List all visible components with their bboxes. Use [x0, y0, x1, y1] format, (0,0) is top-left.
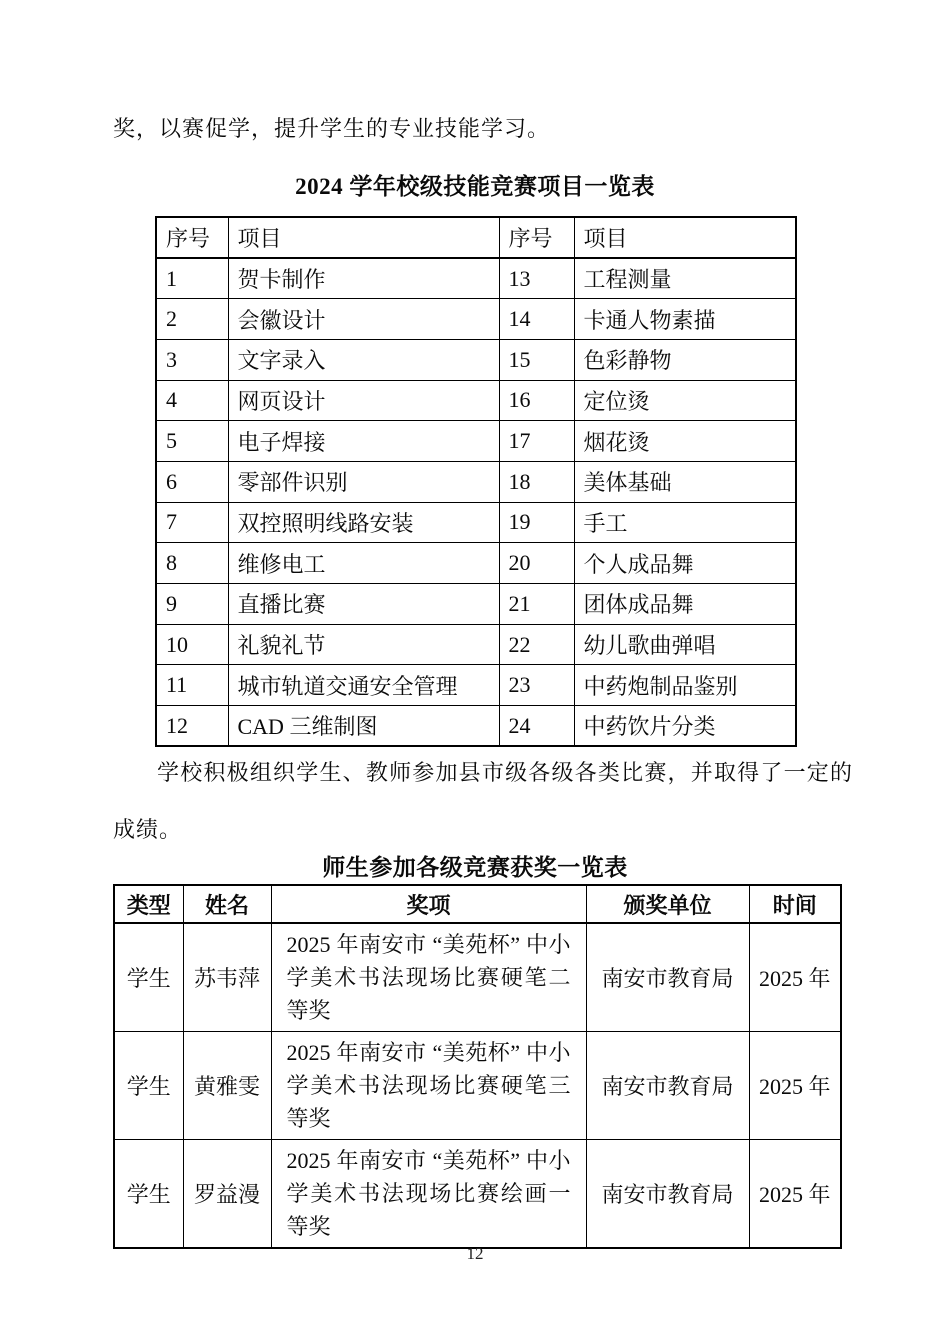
cell-type: 学生: [114, 923, 183, 1032]
cell-seq: 12: [156, 706, 228, 747]
cell-item: 手工: [574, 502, 796, 543]
cell-item: 贺卡制作: [228, 258, 499, 299]
awards-table-header-row: 类型 姓名 奖项 颁奖单位 时间: [114, 885, 841, 923]
cell-item: 中药饮片分类: [574, 706, 796, 747]
cell-type: 学生: [114, 1140, 183, 1249]
cell-seq: 1: [156, 258, 228, 299]
table-row: 学生黄雅雯2025 年南安市 “美苑杯” 中小学美术书法现场比赛硬笔三等奖南安市…: [114, 1032, 841, 1140]
column-header-seq-left: 序号: [156, 217, 228, 258]
cell-issuer: 南安市教育局: [586, 1140, 749, 1249]
table-row: 12CAD 三维制图24中药饮片分类: [156, 706, 796, 747]
cell-seq: 4: [156, 380, 228, 421]
cell-time: 2025 年: [749, 1032, 841, 1140]
table-row: 7双控照明线路安装19手工: [156, 502, 796, 543]
table-row: 4网页设计16定位烫: [156, 380, 796, 421]
cell-seq: 5: [156, 421, 228, 462]
cell-seq: 23: [499, 665, 574, 706]
awards-table: 类型 姓名 奖项 颁奖单位 时间 学生苏韦萍2025 年南安市 “美苑杯” 中小…: [113, 884, 842, 1249]
cell-seq: 3: [156, 339, 228, 380]
cell-item: 礼貌礼节: [228, 624, 499, 665]
cell-item: 定位烫: [574, 380, 796, 421]
cell-item: 会徽设计: [228, 299, 499, 340]
cell-item: 文字录入: [228, 339, 499, 380]
intro-paragraph: 奖，以赛促学，提升学生的专业技能学习。: [113, 112, 853, 146]
cell-item: 网页设计: [228, 380, 499, 421]
cell-seq: 16: [499, 380, 574, 421]
table-row: 2会徽设计14卡通人物素描: [156, 299, 796, 340]
column-header-item-right: 项目: [574, 217, 796, 258]
cell-seq: 18: [499, 461, 574, 502]
document-page: 奖，以赛促学，提升学生的专业技能学习。 2024 学年校级技能竞赛项目一览表 序…: [0, 0, 950, 1343]
cell-item: CAD 三维制图: [228, 706, 499, 747]
cell-seq: 17: [499, 421, 574, 462]
cell-seq: 7: [156, 502, 228, 543]
cell-time: 2025 年: [749, 923, 841, 1032]
table-row: 1贺卡制作13工程测量: [156, 258, 796, 299]
table-row: 5电子焊接17烟花烫: [156, 421, 796, 462]
competition-table-body: 1贺卡制作13工程测量2会徽设计14卡通人物素描3文字录入15色彩静物4网页设计…: [156, 258, 796, 746]
cell-item: 工程测量: [574, 258, 796, 299]
cell-item: 电子焊接: [228, 421, 499, 462]
column-header-item-left: 项目: [228, 217, 499, 258]
cell-item: 城市轨道交通安全管理: [228, 665, 499, 706]
cell-item: 个人成品舞: [574, 543, 796, 584]
page-number: 12: [0, 1244, 950, 1264]
competition-table: 序号 项目 序号 项目 1贺卡制作13工程测量2会徽设计14卡通人物素描3文字录…: [155, 216, 797, 747]
cell-issuer: 南安市教育局: [586, 923, 749, 1032]
cell-item: 零部件识别: [228, 461, 499, 502]
middle-paragraph: 学校积极组织学生、教师参加县市级各级各类比赛，并取得了一定的成绩。: [113, 744, 853, 858]
cell-item: 直播比赛: [228, 584, 499, 625]
cell-item: 维修电工: [228, 543, 499, 584]
cell-seq: 8: [156, 543, 228, 584]
cell-item: 中药炮制品鉴别: [574, 665, 796, 706]
table-row: 学生苏韦萍2025 年南安市 “美苑杯” 中小学美术书法现场比赛硬笔二等奖南安市…: [114, 923, 841, 1032]
cell-name: 黄雅雯: [183, 1032, 271, 1140]
cell-type: 学生: [114, 1032, 183, 1140]
cell-seq: 19: [499, 502, 574, 543]
column-header-issuer: 颁奖单位: [586, 885, 749, 923]
cell-time: 2025 年: [749, 1140, 841, 1249]
cell-seq: 15: [499, 339, 574, 380]
awards-table-title: 师生参加各级竞赛获奖一览表: [0, 849, 950, 882]
cell-award: 2025 年南安市 “美苑杯” 中小学美术书法现场比赛绘画一等奖: [271, 1140, 586, 1249]
column-header-time: 时间: [749, 885, 841, 923]
table-row: 8维修电工20个人成品舞: [156, 543, 796, 584]
cell-seq: 9: [156, 584, 228, 625]
cell-item: 卡通人物素描: [574, 299, 796, 340]
cell-seq: 2: [156, 299, 228, 340]
cell-seq: 11: [156, 665, 228, 706]
cell-award: 2025 年南安市 “美苑杯” 中小学美术书法现场比赛硬笔三等奖: [271, 1032, 586, 1140]
column-header-name: 姓名: [183, 885, 271, 923]
cell-seq: 13: [499, 258, 574, 299]
column-header-award: 奖项: [271, 885, 586, 923]
cell-seq: 20: [499, 543, 574, 584]
cell-item: 色彩静物: [574, 339, 796, 380]
awards-table-body: 学生苏韦萍2025 年南安市 “美苑杯” 中小学美术书法现场比赛硬笔二等奖南安市…: [114, 923, 841, 1248]
table-row: 学生罗益漫2025 年南安市 “美苑杯” 中小学美术书法现场比赛绘画一等奖南安市…: [114, 1140, 841, 1249]
column-header-seq-right: 序号: [499, 217, 574, 258]
cell-name: 苏韦萍: [183, 923, 271, 1032]
cell-seq: 22: [499, 624, 574, 665]
cell-item: 幼儿歌曲弹唱: [574, 624, 796, 665]
cell-item: 双控照明线路安装: [228, 502, 499, 543]
cell-seq: 24: [499, 706, 574, 747]
cell-award: 2025 年南安市 “美苑杯” 中小学美术书法现场比赛硬笔二等奖: [271, 923, 586, 1032]
competition-table-title: 2024 学年校级技能竞赛项目一览表: [0, 168, 950, 201]
cell-seq: 21: [499, 584, 574, 625]
cell-item: 烟花烫: [574, 421, 796, 462]
table-row: 11城市轨道交通安全管理23中药炮制品鉴别: [156, 665, 796, 706]
cell-seq: 10: [156, 624, 228, 665]
cell-issuer: 南安市教育局: [586, 1032, 749, 1140]
cell-item: 团体成品舞: [574, 584, 796, 625]
table-row: 3文字录入15色彩静物: [156, 339, 796, 380]
table-row: 10礼貌礼节22幼儿歌曲弹唱: [156, 624, 796, 665]
cell-seq: 14: [499, 299, 574, 340]
table-row: 6零部件识别18美体基础: [156, 461, 796, 502]
cell-seq: 6: [156, 461, 228, 502]
column-header-type: 类型: [114, 885, 183, 923]
table-row: 9直播比赛21团体成品舞: [156, 584, 796, 625]
cell-name: 罗益漫: [183, 1140, 271, 1249]
cell-item: 美体基础: [574, 461, 796, 502]
competition-table-header-row: 序号 项目 序号 项目: [156, 217, 796, 258]
